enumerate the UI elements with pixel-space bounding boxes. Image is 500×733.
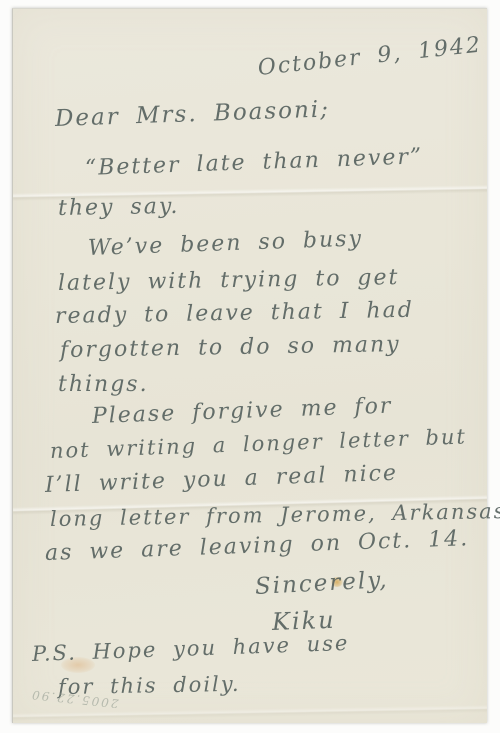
body-line: things. bbox=[58, 372, 149, 397]
paper-fold-crease bbox=[13, 705, 487, 721]
body-line: they say. bbox=[58, 194, 180, 221]
scan-background: October 9, 1942 Dear Mrs. Boasoni; “Bett… bbox=[0, 0, 500, 733]
